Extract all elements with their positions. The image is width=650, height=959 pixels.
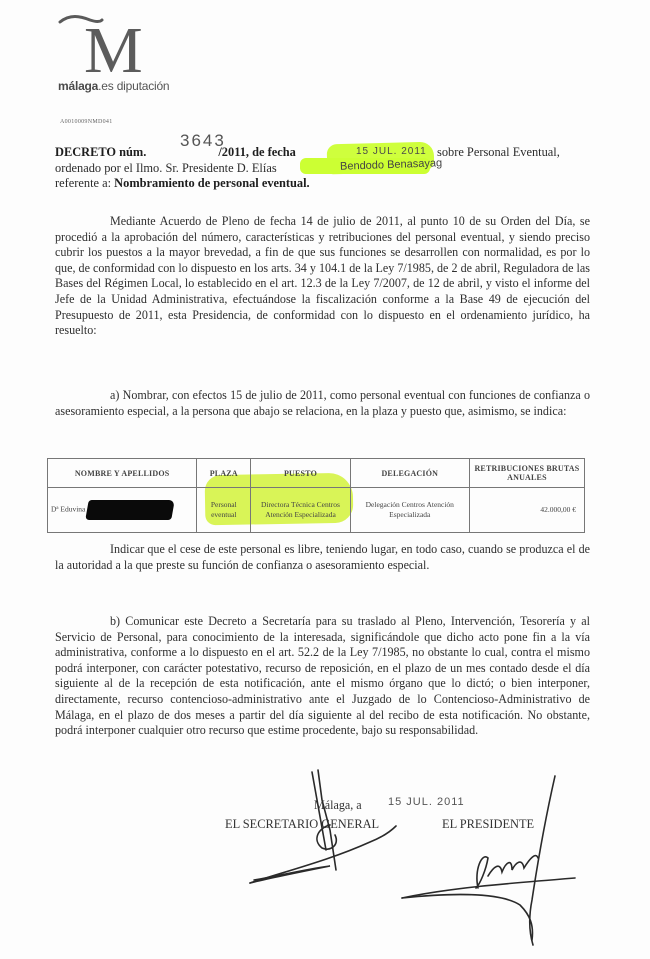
- president-title: EL PRESIDENTE: [442, 817, 534, 832]
- decree-subject: Nombramiento de personal eventual.: [114, 176, 310, 190]
- decree-line-1-tail: sobre Personal Eventual,: [437, 145, 560, 160]
- redaction-bar: [86, 500, 176, 520]
- col-header-puesto: PUESTO: [251, 459, 350, 488]
- signature-date-stamp: 15 JUL. 2011: [388, 796, 465, 808]
- svg-text:M: M: [84, 14, 143, 82]
- paragraph-intro: Mediante Acuerdo de Pleno de fecha 14 de…: [55, 214, 590, 339]
- cell-plaza: Personal eventual: [197, 488, 251, 533]
- col-header-retribuciones: RETRIBUCIONES BRUTAS ANUALES: [469, 459, 584, 488]
- decree-line-3: referente a: Nombramiento de personal ev…: [55, 176, 310, 191]
- table-header-row: NOMBRE Y APELLIDOS PLAZA PUESTO DELEGACI…: [48, 459, 585, 488]
- decree-line-2: ordenado por el Ilmo. Sr. Presidente D. …: [55, 161, 277, 176]
- cell-retribuciones: 42.000,00 €: [469, 488, 584, 533]
- diputacion-malaga-logo: M málaga.es diputación: [56, 12, 196, 92]
- logo-m-icon: M: [56, 12, 196, 82]
- cell-name: Dª Eduvina: [48, 488, 197, 533]
- paragraph-a: a) Nombrar, con efectos 15 de julio de 2…: [55, 388, 590, 419]
- decree-line-1: DECRETO núm./2011, de fecha: [55, 145, 296, 160]
- appointment-table: NOMBRE Y APELLIDOS PLAZA PUESTO DELEGACI…: [47, 458, 585, 533]
- decree-document: M málaga.es diputación A0010009NMD041 36…: [0, 0, 650, 959]
- logo-wordmark: málaga.es diputación: [58, 79, 169, 93]
- col-header-plaza: PLAZA: [197, 459, 251, 488]
- secretary-title: EL SECRETARIO GENERAL: [225, 817, 379, 832]
- col-header-delegacion: DELEGACIÓN: [350, 459, 469, 488]
- reference-code: A0010009NMD041: [60, 119, 113, 125]
- paragraph-cese: Indicar que el cese de este personal es …: [55, 542, 590, 573]
- cell-delegacion: Delegación Centros Atención Especializad…: [350, 488, 469, 533]
- col-header-name: NOMBRE Y APELLIDOS: [48, 459, 197, 488]
- stamp-date: 15 JUL. 2011: [356, 146, 427, 157]
- paragraph-b: b) Comunicar este Decreto a Secretaría p…: [55, 614, 590, 739]
- cell-puesto: Directora Técnica Centros Atención Espec…: [251, 488, 350, 533]
- table-row: Dª Eduvina Personal eventual Directora T…: [48, 488, 585, 533]
- signature-place: Málaga, a: [314, 798, 362, 813]
